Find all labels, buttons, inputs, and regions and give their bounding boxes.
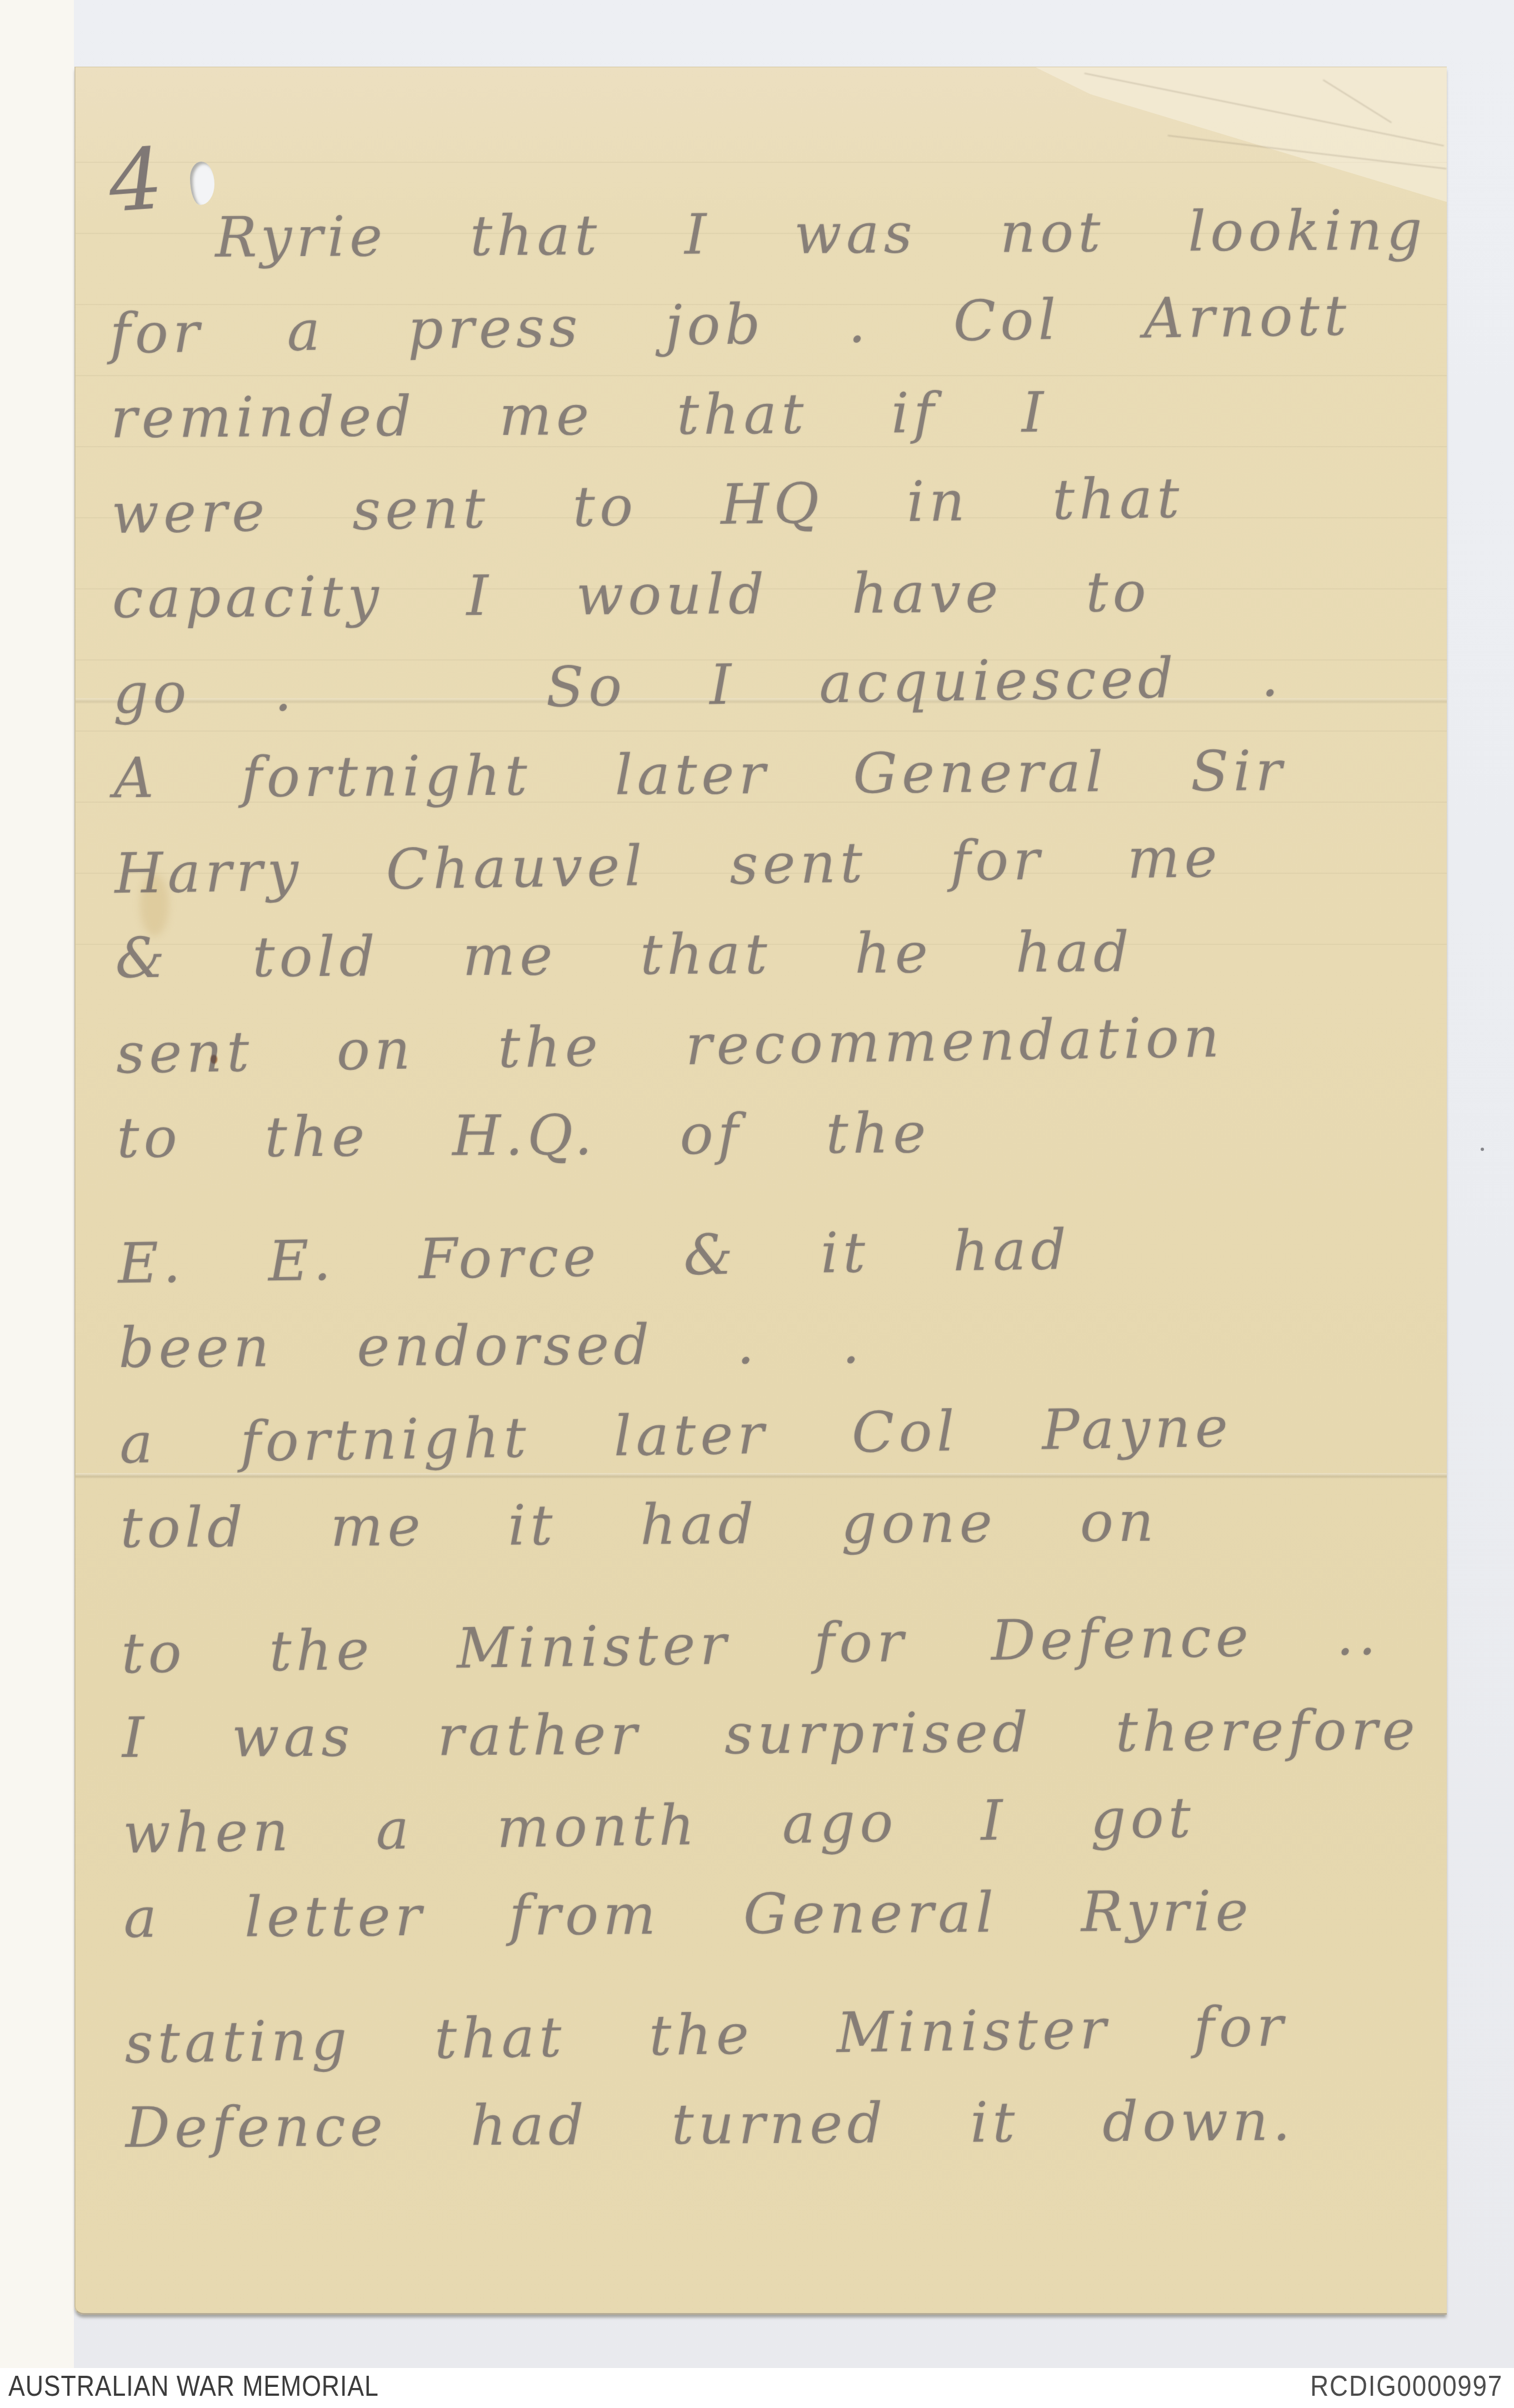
document-id-label: RCDIG0000997 [1310, 2368, 1503, 2408]
backing-strip [0, 0, 74, 2368]
handwritten-line: capacity I would have to [112, 545, 1407, 643]
handwritten-line: sent on the recommendation [116, 990, 1411, 1099]
handwritten-line: to the H.Q. of the [117, 1085, 1412, 1183]
handwritten-line: A fortnight later General Sir [113, 725, 1408, 823]
handwritten-line: a letter from General Ryrie [123, 1865, 1418, 1963]
handwritten-text: Ryrie that I was not looking for a press… [108, 184, 1420, 2175]
handwritten-line: Ryrie that I was not looking [109, 186, 1404, 283]
handwritten-line: a fortnight later Col Payne [119, 1380, 1415, 1489]
handwritten-line: go . So I acquiesced . [112, 630, 1408, 739]
dust-speck [1481, 1148, 1484, 1151]
footer-source-label: AUSTRALIAN WAR MEMORIAL [8, 2368, 379, 2408]
handwritten-line: reminded me that if I [111, 366, 1406, 463]
handwritten-line: stating that the Minister for [124, 1980, 1420, 2089]
handwritten-line: Defence had turned it down. [125, 2075, 1420, 2173]
handwritten-line: were sent to HQ in that [111, 450, 1406, 559]
footer-bar: AUSTRALIAN WAR MEMORIAL RCDIG0000997 [0, 2368, 1514, 2408]
handwritten-line: for a press job . Col Arnott [109, 270, 1405, 379]
scanned-letter-page: 4 Ryrie that I was not looking for a pre… [74, 67, 1447, 2315]
handwritten-line: to the Minister for Defence .. [121, 1590, 1416, 1699]
handwritten-line: Harry Chauvel sent for me [114, 810, 1410, 919]
handwritten-line: been endorsed . . [118, 1295, 1413, 1393]
handwritten-line: told me it had gone on [120, 1475, 1415, 1573]
handwritten-line: when a month ago I got [122, 1770, 1418, 1879]
handwritten-line: E. E. Force & it had [117, 1200, 1413, 1309]
scan-background: 4 Ryrie that I was not looking for a pre… [74, 0, 1514, 2368]
handwritten-line: I was rather surprised therefore [122, 1685, 1417, 1783]
handwritten-line: & told me that he had [115, 905, 1410, 1003]
